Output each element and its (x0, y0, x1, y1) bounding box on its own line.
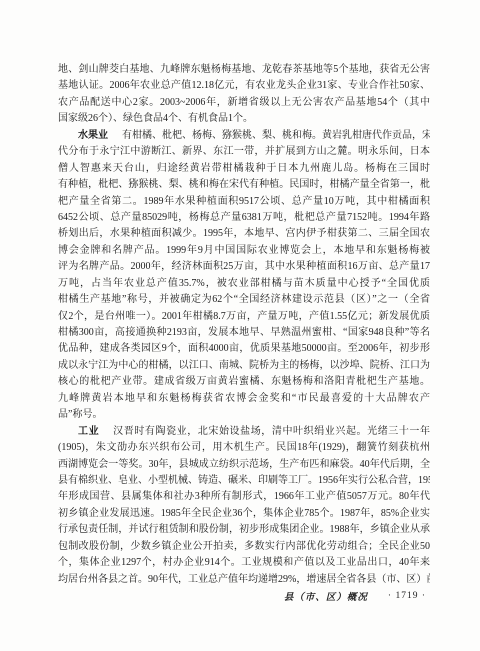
text-line: 核心的枇杷产业带。建成省级万亩黄岩蜜橘、东魁杨梅和洛阳青枇杷生产基地。 (58, 374, 430, 390)
section-first-line-text: 汉晋时有陶瓷业，北宋始设盐场，清中叶织绢业兴起。光绪三十一年 (113, 426, 430, 437)
text-line: 均居台州各县之首。90年代，工业总产值年均递增29%，增速居全省各县（市、区）前 (58, 572, 430, 588)
section-heading: 水果业 (78, 130, 108, 141)
text-line: 县有棉织业、皂业、小型机械、铸造、碾米、印刷等工厂。1956年实行公私合营，19… (58, 473, 430, 489)
text-line: 个，集体企业1297个，村办企业914个。工业规模和产值以及工业品出口，40年来 (58, 555, 430, 571)
section-first-line-text: 有柑橘、枇杷、杨梅、猕猴桃、梨、桃和梅。黄岩乳柑唐代作贡品，宋 (122, 130, 430, 141)
page-footer: 县（市、区）概况 · 1719 · (58, 589, 426, 603)
text-line: 品”称号。 (58, 407, 430, 423)
text-line: 包制改股份制，少数乡镇企业公开拍卖，多数实行内部优化劳动组合；全民企业50 (58, 539, 430, 555)
text-line: 柑橘生产基地”称号，并被确定为62个“全国经济林建设示范县（区）”之一（全省 (58, 292, 430, 308)
text-line: 桥划出后，水果种植面积减少。1995年，本地早、宫内伊予柑获第二、三届全国农 (58, 226, 430, 242)
text-line: 基地认证。2006年农业总产值12.18亿元，有农业龙头企业31家、专业合作社5… (58, 78, 430, 94)
text-line: 代分布于永宁江中游断江、新界、东江一带，并扩展到方山之麓。明永乐间，日本 (58, 144, 430, 160)
text-line: 地、剑山牌茭白基地、九峰牌东魁杨梅基地、龙乾春茶基地等5个基地，获省无公害 (58, 62, 430, 78)
text-line: 杷产量全省第二。1989年水果种植面积9517公顷、总产量10万吨，其中柑橘面积 (58, 194, 430, 210)
text-line: 有种植，枇杷、猕猴桃、梨、桃和梅在宋代有种植。民国时，柑橘产量全省第一，枇 (58, 177, 430, 193)
text-line: 国家级26个）、绿色食品4个、有机食品1个。 (58, 111, 430, 127)
text-line: 万吨，占当年农业总产值35.7%，被农业部柑橘与苗木质量中心授予“全国优质 (58, 276, 430, 292)
section-heading: 工业 (78, 426, 99, 437)
text-line: 年形成国营、县属集体和社办3种所有制形式，1966年工业产值5057万元。80年… (58, 489, 430, 505)
text-line: 评为名牌产品。2000年，经济林面积25万亩，其中水果种植面积16万亩、总产量1… (58, 259, 430, 275)
text-line: 柑橘300亩，高接通换种2193亩，发展本地早、早熟温州蜜柑、“国家948良种”… (58, 325, 430, 341)
text-line: 仅2个，是台州唯一）。2001年柑橘8.7万亩，产量万吨，产值1.55亿元；新发… (58, 309, 430, 325)
text-line: 行承包责任制，并试行租赁制和股份制，初步形成集团企业。1988年，乡镇企业从承 (58, 522, 430, 538)
text-block: 地、剑山牌茭白基地、九峰牌东魁杨梅基地、龙乾春茶基地等5个基地，获省无公害基地认… (58, 62, 430, 588)
text-line: 博会金牌和名牌产品。1999年9月中国国际农业博览会上，本地早和东魁杨梅被 (58, 243, 430, 259)
text-line: 成以永宁江为中心的柑橘，以江口、南城、院桥为主的杨梅，以沙埠、院桥、江口为 (58, 358, 430, 374)
scanned-book-page: 地、剑山牌茭白基地、九峰牌东魁杨梅基地、龙乾春茶基地等5个基地，获省无公害基地认… (0, 0, 480, 651)
text-line: 工业汉晋时有陶瓷业，北宋始设盐场，清中叶织绢业兴起。光绪三十一年 (58, 424, 430, 440)
footer-section-label: 县（市、区）概况 (284, 589, 368, 603)
footer-page-number: · 1719 · (388, 591, 426, 601)
text-line: 水果业有柑橘、枇杷、杨梅、猕猴桃、梨、桃和梅。黄岩乳柑唐代作贡品，宋 (58, 128, 430, 144)
text-line: 九峰牌黄岩本地早和东魁杨梅获省农博会金奖和“市民最喜爱的十大品牌农产 (58, 391, 430, 407)
text-line: (1905)，朱文劭办东兴织布公司，用木机生产。民国18年(1929)，翻簧竹刻… (58, 440, 430, 456)
text-line: 西湖博览会一等奖。30年，县城成立纺织示范场，生产布匹和麻袋。40年代后期，全 (58, 457, 430, 473)
text-line: 6452公顷、总产量85029吨，杨梅总产量6381万吨，枇杷总产量7152吨。… (58, 210, 430, 226)
text-line: 农产品配送中心2家。2003~2006年，新增省级以上无公害农产品基地54个（其… (58, 95, 430, 111)
text-line: 僧人智惠来天台山，归途经黄岩带柑橘栽种于日本九州鹿儿岛。杨梅在三国时 (58, 161, 430, 177)
text-line: 初乡镇企业发展迅速。1985年全民企业36个，集体企业785个。1987年，85… (58, 506, 430, 522)
text-line: 优品种，建成各类园区9个，面积4000亩，优质果基地50000亩。至2006年，… (58, 341, 430, 357)
